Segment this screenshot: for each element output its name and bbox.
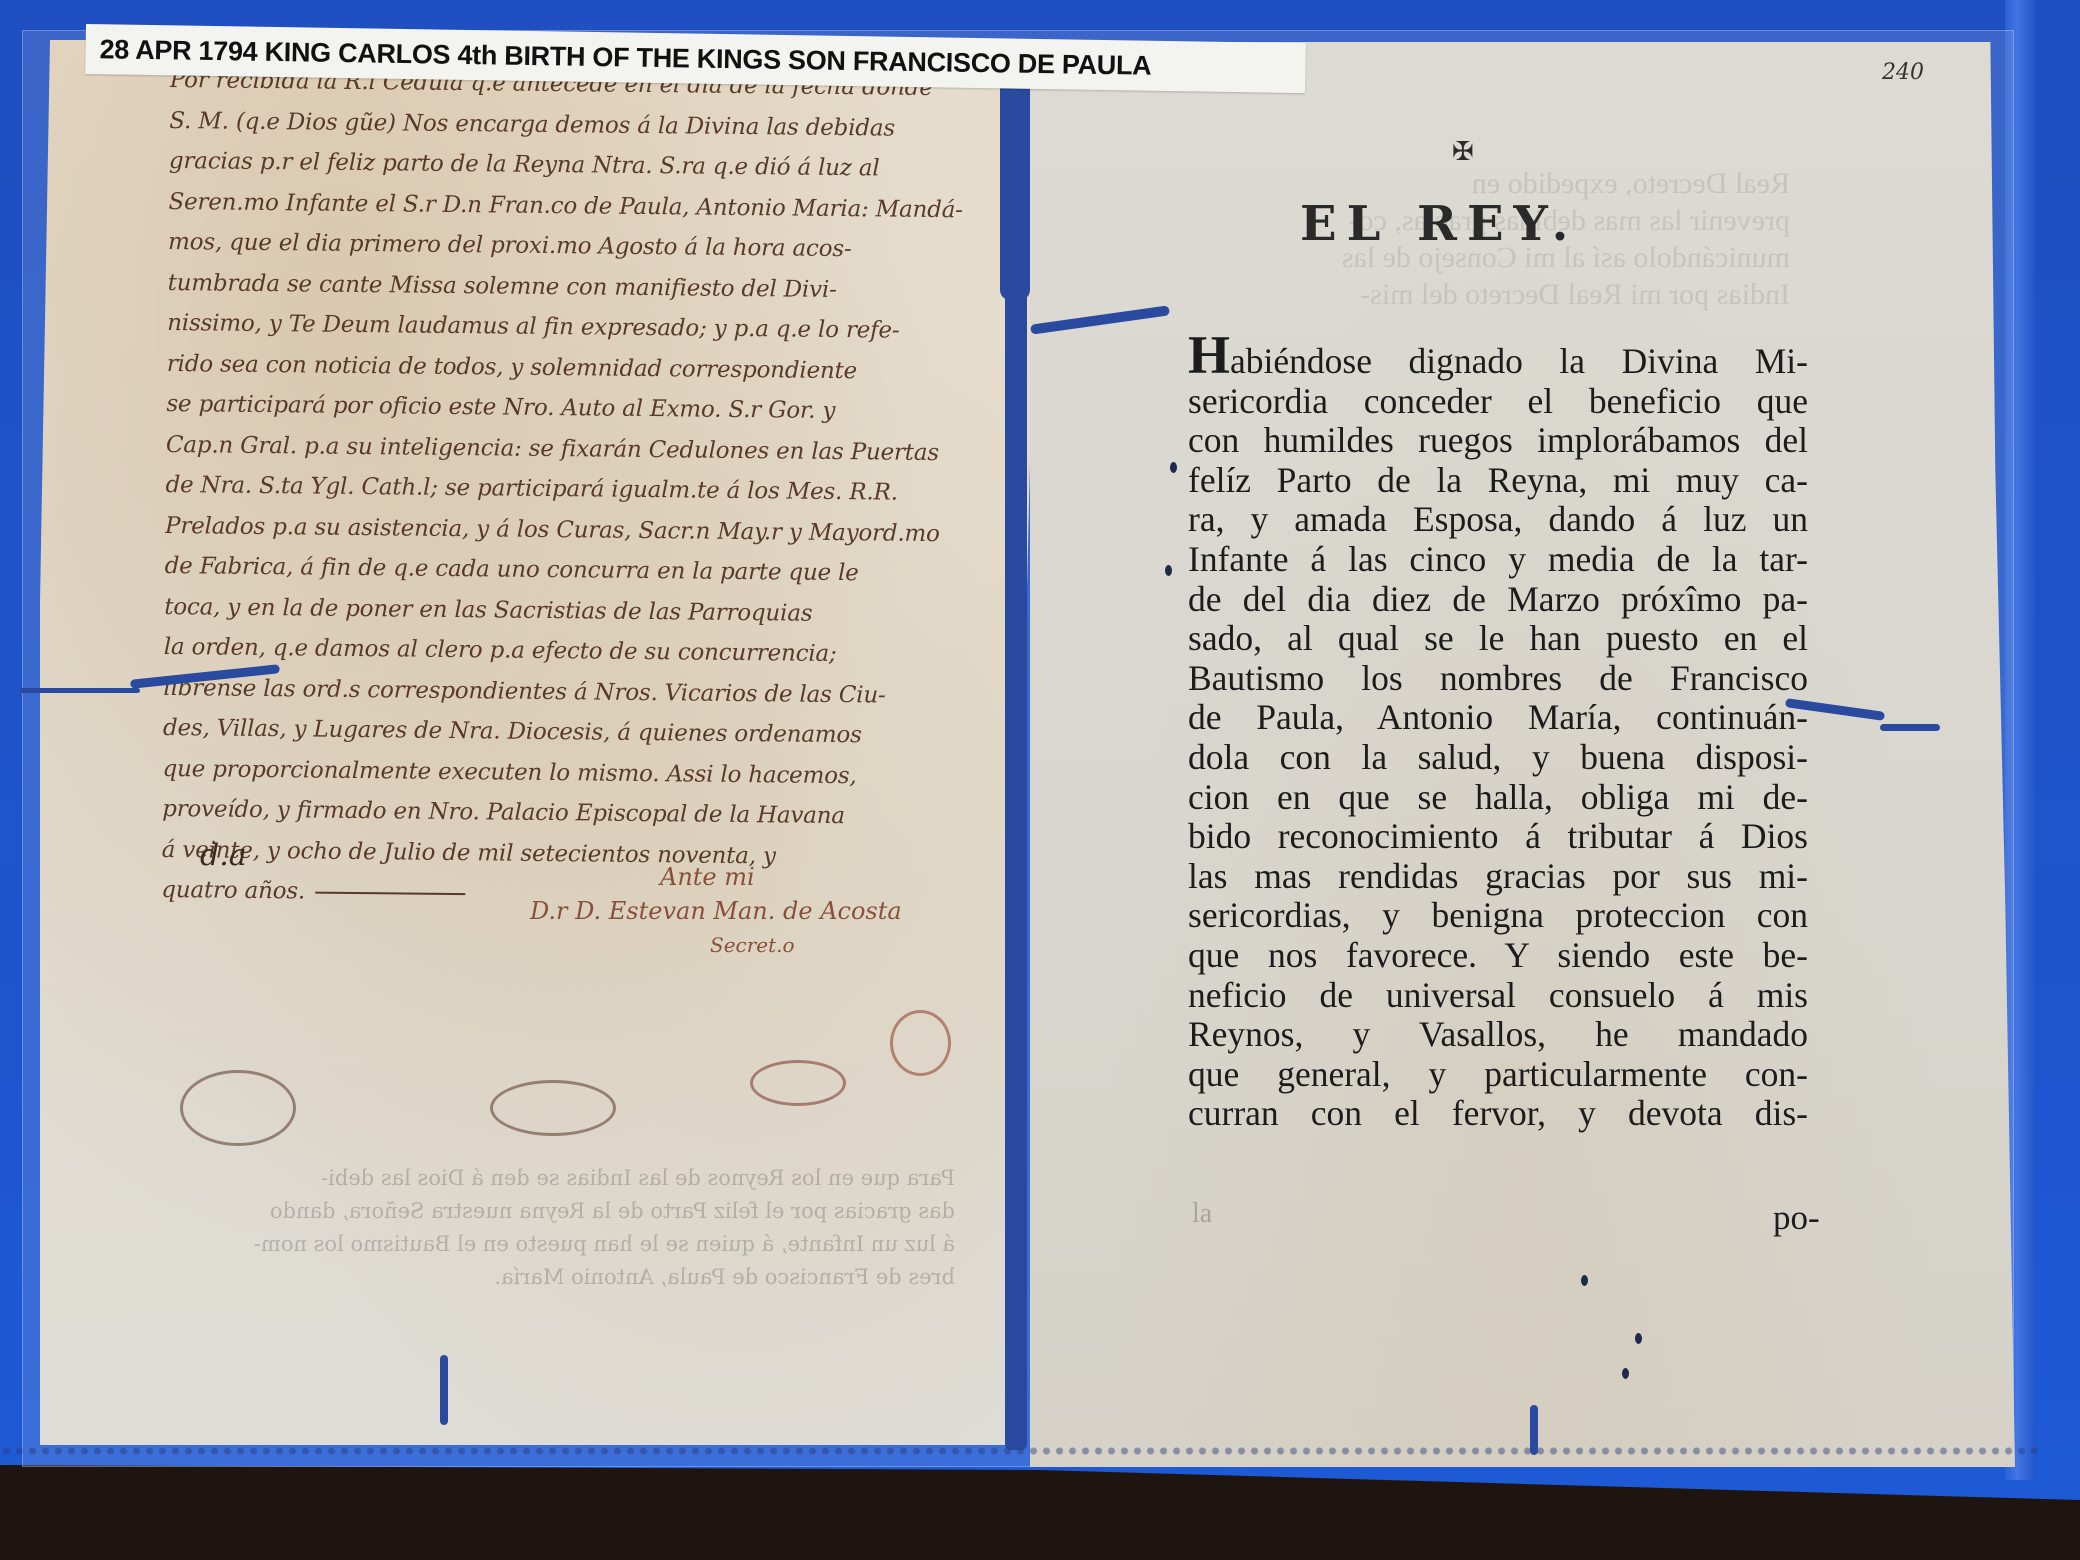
folio-number: 240 — [1882, 60, 1924, 85]
decree-line: ra, y amada Esposa, dando á luz un — [1188, 500, 1808, 540]
tear — [1880, 724, 1940, 731]
decree-line: sado, al qual se le han puesto en el — [1188, 619, 1808, 659]
decree-line: felíz Parto de la Reyna, mi muy ca- — [1188, 461, 1808, 501]
signature-block: Ante mi D.r D. Estevan Man. de Acosta Se… — [530, 860, 902, 962]
ink-spot — [1581, 1275, 1588, 1286]
decree-body: Habiéndose dignado la Divina Mi- sericor… — [1188, 342, 1808, 1134]
show-through-marker: la — [1192, 1198, 1212, 1230]
initials-mark: d.a — [200, 838, 247, 873]
decree-line: de del dia diez de Marzo próxîmo pa- — [1188, 580, 1808, 620]
decree-line: dola con la salud, y buena disposi- — [1188, 738, 1808, 778]
manuscript-text: Por recibida la R.l Cedula q.e antecede … — [161, 60, 1000, 919]
decree-line: con humildes ruegos implorábamos del — [1188, 421, 1808, 461]
rubric-flourish — [490, 1080, 616, 1136]
sleeve-perforations — [0, 1440, 2040, 1462]
ink-spot — [1635, 1333, 1642, 1344]
decree-line: Reynos, y Vasallos, he mandado — [1188, 1015, 1808, 1055]
ante-mi-text: Ante mi — [530, 860, 902, 894]
signatory-name: D.r D. Estevan Man. de Acosta — [530, 894, 902, 928]
decree-line: neficio de universal consuelo á mis — [1188, 976, 1808, 1016]
document-photo: Por recibida la R.l Cedula q.e antecede … — [0, 0, 2080, 1560]
decree-line: de Paula, Antonio María, continuán- — [1188, 698, 1808, 738]
tear — [440, 1355, 448, 1425]
rubric-flourish — [890, 1010, 951, 1076]
cross-icon: ✠ — [1452, 137, 1474, 167]
decree-line: cion en que se halla, obliga mi de- — [1188, 778, 1808, 818]
closing-rule — [315, 892, 465, 896]
decree-line: Infante á las cinco y media de la tar- — [1188, 540, 1808, 580]
decree-line: curran con el fervor, y devota dis- — [1188, 1094, 1808, 1134]
archive-label-text: 28 APR 1794 KING CARLOS 4th BIRTH OF THE… — [85, 33, 1151, 81]
ink-spot — [1170, 462, 1177, 473]
ink-spot — [1622, 1368, 1629, 1379]
show-through-text: Para que en los Reynos de las Indias se … — [95, 1162, 955, 1294]
spine-tear — [1000, 60, 1030, 300]
decree-line: que general, y particularmente con- — [1188, 1055, 1808, 1095]
decree-title: EL REY. — [1300, 196, 1578, 252]
decree-line: Habiéndose dignado la Divina Mi- — [1188, 342, 1808, 382]
decree-line: Bautismo los nombres de Francisco — [1188, 659, 1808, 699]
rubric-flourish — [750, 1060, 846, 1106]
decree-line: que nos favorece. Y siendo este be- — [1188, 936, 1808, 976]
catchword: po- — [1773, 1198, 1820, 1238]
tear — [20, 688, 140, 693]
decree-line: sericordia conceder el beneficio que — [1188, 382, 1808, 422]
decree-line: las mas rendidas gracias por sus mi- — [1188, 857, 1808, 897]
signatory-title: Secret.o — [530, 928, 902, 962]
decree-line: bido reconocimiento á tributar á Dios — [1188, 817, 1808, 857]
ink-spot — [1165, 565, 1172, 576]
decree-line: sericordias, y benigna proteccion con — [1188, 896, 1808, 936]
rubric-flourish — [180, 1070, 296, 1146]
